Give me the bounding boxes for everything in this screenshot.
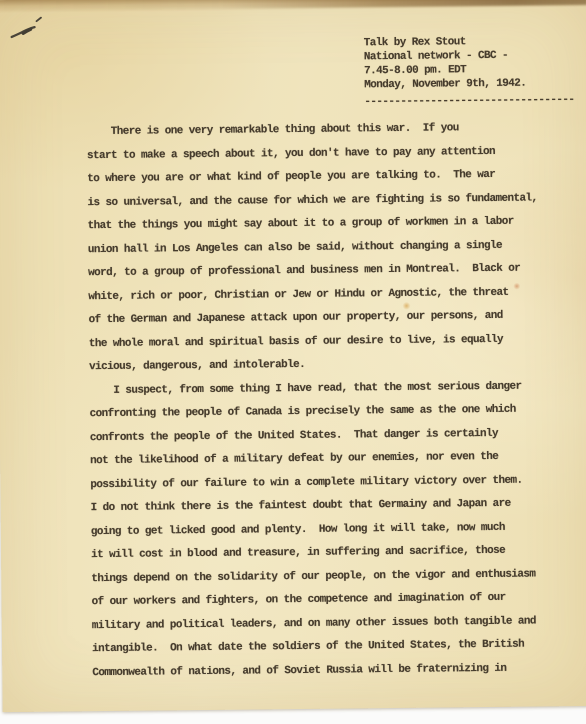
scanned-page-background: Talk by Rex Stout National network - CBC… <box>0 0 586 724</box>
paragraph-2: I suspect, from some thing I have read, … <box>89 375 542 685</box>
header-text: Talk by Rex Stout National network - CBC… <box>364 34 575 92</box>
document-body: There is one very remarkable thing about… <box>87 116 543 685</box>
document-paper: Talk by Rex Stout National network - CBC… <box>0 0 586 712</box>
paragraph-1: There is one very remarkable thing about… <box>87 116 540 379</box>
paper-aged-top-edge <box>0 0 586 16</box>
document-header: Talk by Rex Stout National network - CBC… <box>364 34 575 109</box>
header-underline: ----------------------------------- <box>364 93 574 109</box>
pen-check-mark-icon <box>9 14 45 40</box>
